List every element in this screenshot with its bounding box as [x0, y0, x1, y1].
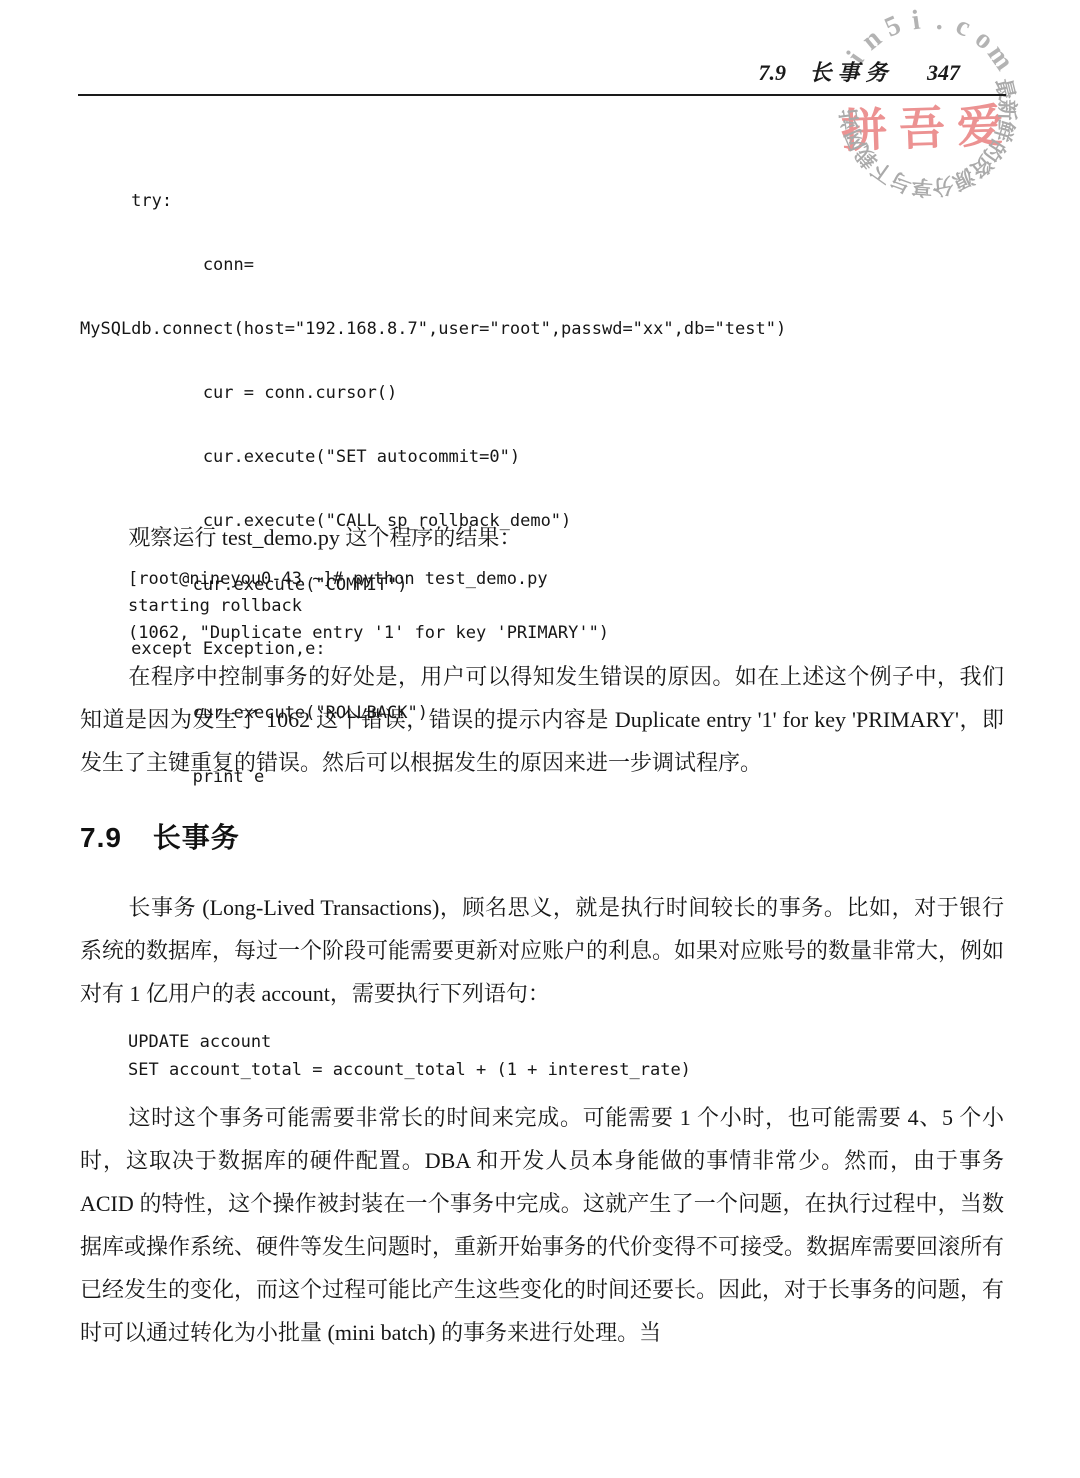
- paragraph-long-transactions-detail: 这时这个事务可能需要非常长的时间来完成。可能需要 1 个小时，也可能需要 4、5…: [80, 1096, 1004, 1354]
- watermark-ring-char: 载: [848, 141, 885, 176]
- watermark-arc-letter: i: [910, 4, 922, 37]
- watermark-ring-char: 鲜: [987, 117, 1022, 146]
- paragraph-long-transactions-intro: 长事务 (Long-Lived Transactions)，顾名思义，就是执行时…: [80, 886, 1004, 1015]
- header-rule: [78, 94, 1006, 96]
- book-page: 拼吾爱 in5i.com最新鲜的资源分享与下载网站 7.9 长事务 347 tr…: [0, 0, 1080, 1478]
- watermark-ring-char: 站: [832, 107, 865, 132]
- watermark-arc-letter: o: [968, 23, 999, 57]
- watermark-ring-char: 资: [964, 149, 1000, 185]
- watermark-ring-char: 新: [993, 99, 1024, 121]
- watermark-arc-letter: 5: [880, 10, 906, 45]
- watermark-ring-char: 最: [989, 75, 1023, 103]
- section-heading-title: 长事务: [153, 822, 240, 853]
- sql-code-block: UPDATE account SET account_total = accou…: [80, 1028, 1004, 1084]
- watermark-arc-letter: c: [951, 10, 975, 44]
- page-number: 347: [927, 60, 960, 85]
- watermark-center-text: 拼吾爱: [827, 89, 1029, 162]
- running-head: 7.9 长事务 347: [80, 56, 960, 87]
- section-heading: 7.9 长事务: [80, 816, 240, 856]
- running-head-section-number: 7.9: [758, 60, 786, 85]
- site-watermark-stamp: 拼吾爱 in5i.com最新鲜的资源分享与下载网站: [828, 8, 1028, 208]
- watermark-ring-char: 的: [977, 134, 1014, 168]
- section-heading-number: 7.9: [80, 822, 122, 853]
- paragraph-error-explanation: 在程序中控制事务的好处是，用户可以得知发生错误的原因。如在上述这个例子中，我们知…: [80, 655, 1004, 784]
- intro-line: 观察运行 test_demo.py 这个程序的结果：: [80, 516, 1004, 559]
- watermark-arc-letter: .: [934, 4, 945, 37]
- watermark-arc-letter: m: [980, 39, 1020, 76]
- running-head-section-title: 长事务: [809, 60, 893, 85]
- terminal-output-block: [root@nineyou0-43 ~]# python test_demo.p…: [80, 566, 1004, 647]
- watermark-ring-char: 网: [837, 124, 873, 155]
- watermark-arc-letter: n: [856, 23, 888, 58]
